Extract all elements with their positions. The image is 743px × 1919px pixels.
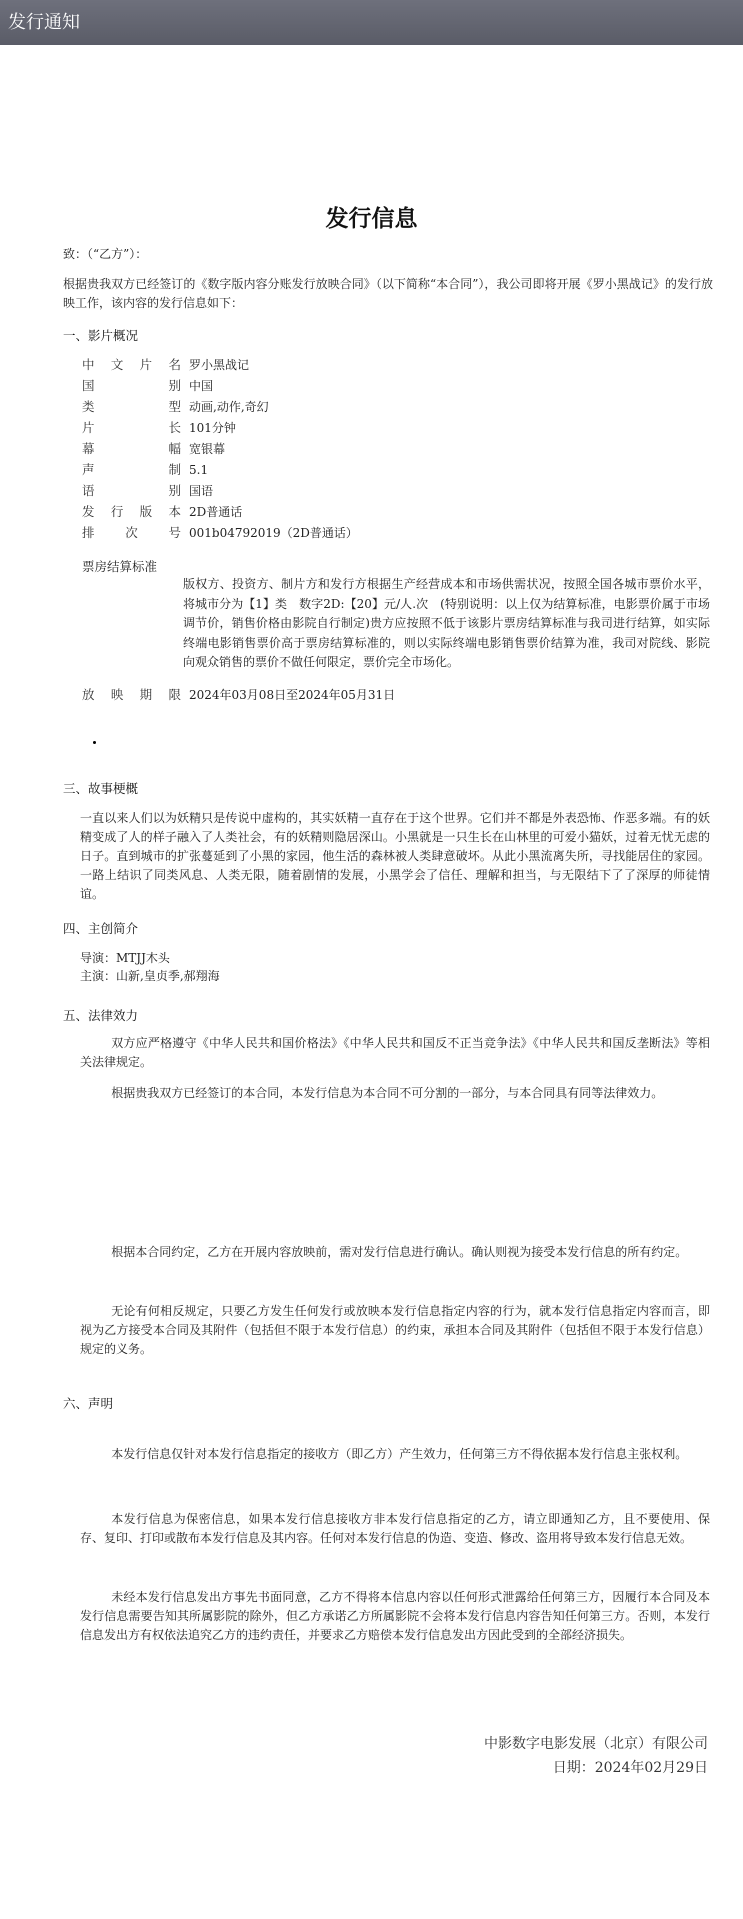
signature-company: 中影数字电影发展（北京）有限公司: [484, 1733, 708, 1753]
bullet-dot: [93, 741, 96, 744]
statement-paragraph-1: 本发行信息仅针对本发行信息指定的接收方（即乙方）产生效力，任何第三方不得依据本发…: [80, 1445, 710, 1464]
cast-line: 主演：山新,皇贞季,郝翔海: [80, 967, 220, 986]
info-label: 发行版本: [82, 502, 181, 522]
settlement-text: 版权方、投资方、制片方和发行方根据生产经营成本和市场供需状况，按照全国各城市票价…: [183, 575, 710, 673]
info-row-screen: 幕幅宽银幕: [82, 439, 225, 459]
info-row-language: 语别国语: [82, 481, 213, 501]
info-row-runtime: 片长101分钟: [82, 418, 236, 438]
info-label: 幕幅: [82, 439, 181, 459]
legal-paragraph-2: 根据贵我双方已经签订的本合同，本发行信息为本合同不可分割的一部分，与本合同具有同…: [80, 1084, 710, 1103]
statement-paragraph-3: 未经本发行信息发出方事先书面同意，乙方不得将本信息内容以任何形式泄露给任何第三方…: [80, 1588, 710, 1645]
info-value: 宽银幕: [181, 439, 225, 459]
info-label: 国别: [82, 376, 181, 396]
director-line: 导演：MTJJ木头: [80, 949, 170, 968]
synopsis-text: 一直以来人们以为妖精只是传说中虚构的，其实妖精一直存在于这个世界。它们并不都是外…: [80, 809, 710, 904]
section6-heading: 六、声明: [63, 1394, 113, 1412]
info-label: 中文片名: [82, 355, 181, 375]
info-value: 5.1: [181, 460, 208, 480]
legal-paragraph-4: 无论有何相反规定，只要乙方发生任何发行或放映本发行信息指定内容的行为，就本发行信…: [80, 1302, 710, 1359]
header-title: 发行通知: [8, 12, 80, 33]
info-label: 片长: [82, 418, 181, 438]
settlement-label: 票房结算标准: [82, 557, 157, 575]
info-row-genre: 类型动画,动作,奇幻: [82, 397, 269, 417]
info-label: 放映期限: [82, 685, 181, 705]
section1-heading: 一、影片概况: [63, 326, 138, 344]
document-body: 发行信息 致：（“乙方”）： 根据贵我双方已经签订的《数字版内容分账发行放映合同…: [0, 45, 743, 1919]
header-bar: 发行通知: [0, 0, 743, 45]
info-label: 类型: [82, 397, 181, 417]
document-title: 发行信息: [0, 200, 743, 233]
info-row-chinese-title: 中文片名罗小黑战记: [82, 355, 249, 375]
info-value: 国语: [181, 481, 213, 501]
info-row-version: 发行版本2D普通话: [82, 502, 242, 522]
info-row-period: 放映期限2024年03月08日至2024年05月31日: [82, 685, 395, 705]
info-value: 中国: [181, 376, 213, 396]
info-value: 2024年03月08日至2024年05月31日: [181, 685, 395, 705]
info-value: 罗小黑战记: [181, 355, 249, 375]
intro-paragraph: 根据贵我双方已经签订的《数字版内容分账发行放映合同》（以下简称“本合同”），我公…: [63, 275, 713, 313]
signature-date: 日期：2024年02月29日: [553, 1757, 708, 1777]
info-value: 001b04792019（2D普通话）: [181, 523, 358, 543]
info-row-country: 国别中国: [82, 376, 213, 396]
legal-paragraph-3: 根据本合同约定，乙方在开展内容放映前，需对发行信息进行确认。确认则视为接受本发行…: [80, 1243, 710, 1262]
info-label: 排次号: [82, 523, 181, 543]
info-row-sound: 声制5.1: [82, 460, 208, 480]
section4-heading: 四、主创简介: [63, 919, 138, 937]
salutation: 致：（“乙方”）：: [63, 245, 147, 264]
info-value: 101分钟: [181, 418, 236, 438]
statement-paragraph-2: 本发行信息为保密信息，如果本发行信息接收方非本发行信息指定的乙方，请立即通知乙方…: [80, 1510, 710, 1548]
info-value: 2D普通话: [181, 502, 242, 522]
info-label: 声制: [82, 460, 181, 480]
info-row-schedule-number: 排次号001b04792019（2D普通话）: [82, 523, 358, 543]
section3-heading: 三、故事梗概: [63, 779, 138, 797]
info-value: 动画,动作,奇幻: [181, 397, 269, 417]
info-label: 语别: [82, 481, 181, 501]
legal-paragraph-1: 双方应严格遵守《中华人民共和国价格法》《中华人民共和国反不正当竞争法》《中华人民…: [80, 1034, 710, 1072]
section5-heading: 五、法律效力: [63, 1006, 138, 1024]
